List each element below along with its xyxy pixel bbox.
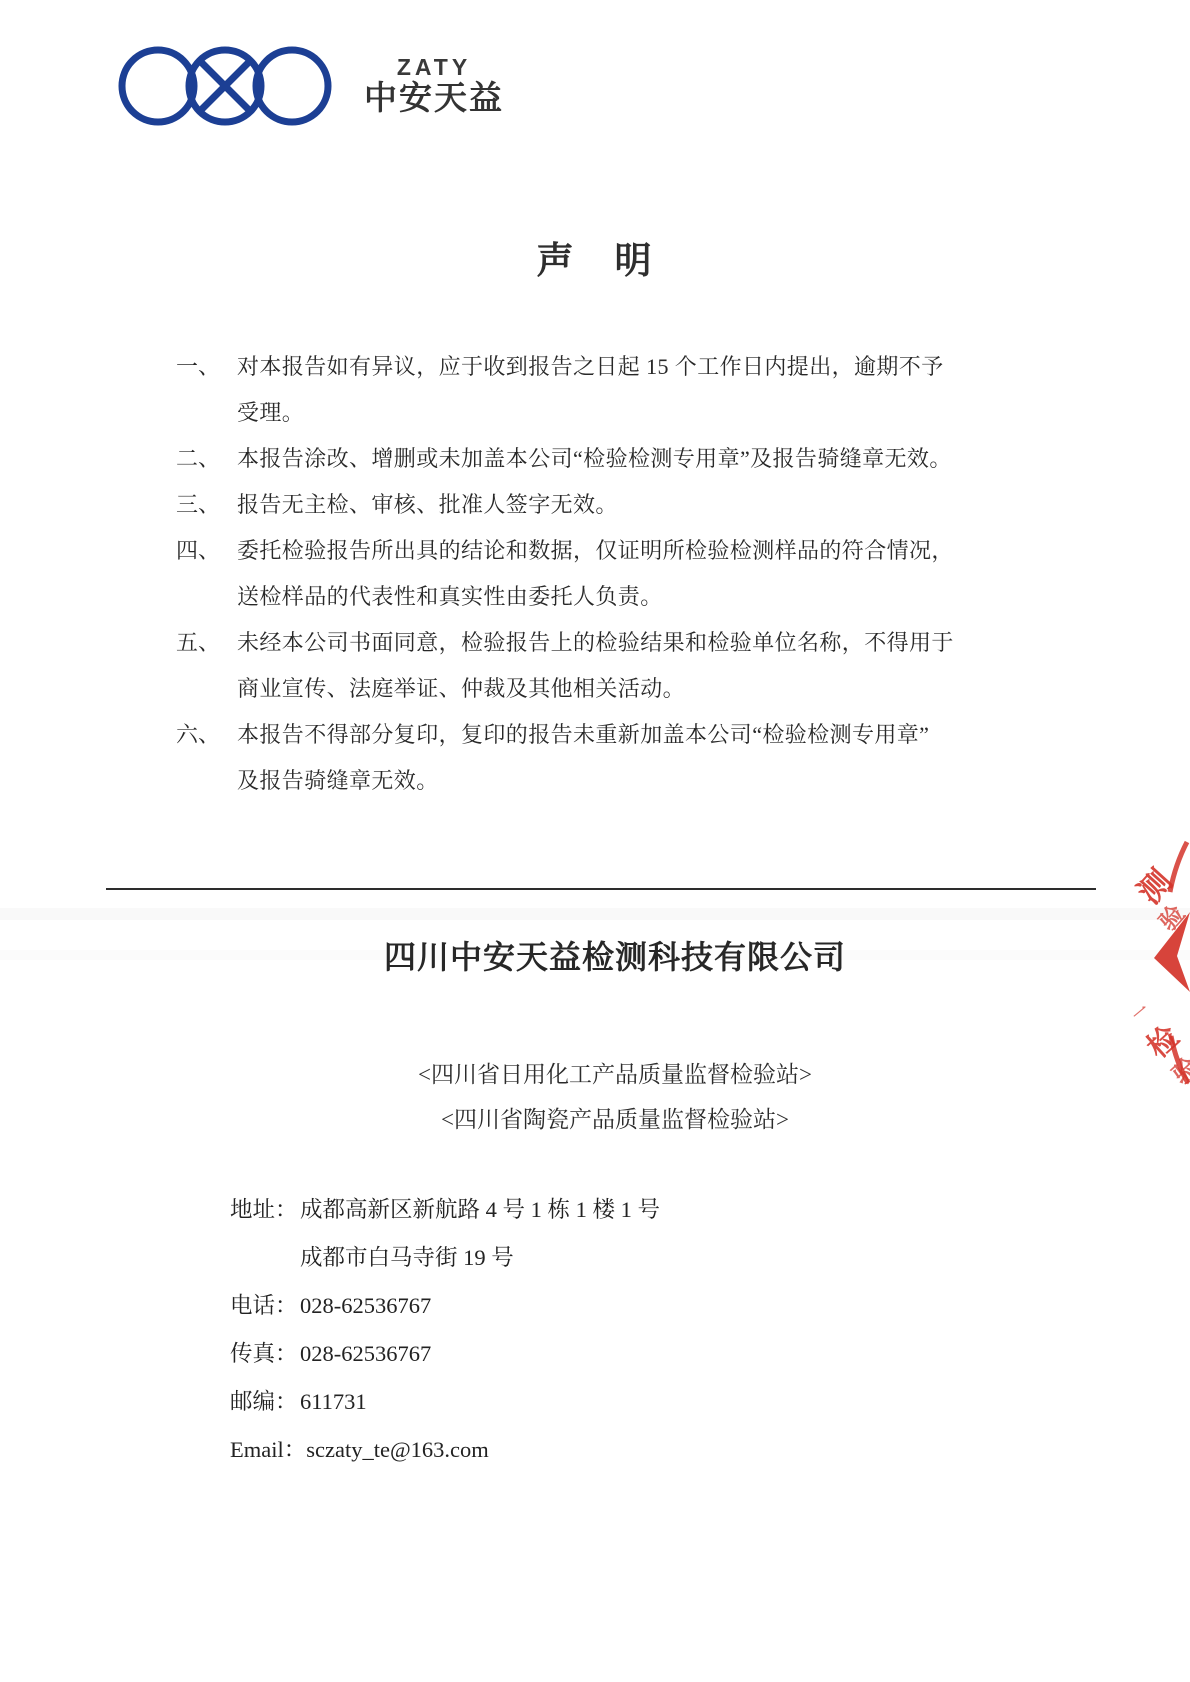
address-value-line1: 成都高新区新航路 4 号 1 栋 1 楼 1 号 bbox=[300, 1186, 660, 1234]
postcode-value: 611731 bbox=[300, 1378, 367, 1426]
postcode-label: 邮编： bbox=[230, 1378, 300, 1426]
email-value: sczaty_te@163.com bbox=[306, 1426, 489, 1474]
statement-number: 二、 bbox=[176, 436, 237, 482]
statement-line: 未经本公司书面同意，检验报告上的检验结果和检验单位名称，不得用于 bbox=[237, 620, 1006, 666]
contact-phone-row: 电话： 028-62536767 bbox=[230, 1282, 660, 1330]
company-name: 四川中安天益检测科技有限公司 bbox=[0, 932, 1190, 978]
document-page: ZATY 中安天益 声 明 一、 对本报告如有异议，应于收到报告之日起 15 个… bbox=[0, 0, 1190, 1682]
station-name-1: <四川省日用化工产品质量监督检验站> bbox=[0, 1056, 1190, 1089]
contact-fax-row: 传真： 028-62536767 bbox=[230, 1330, 660, 1378]
statement-body: 本报告涂改、增删或未加盖本公司“检验检测专用章”及报告骑缝章无效。 bbox=[237, 436, 1006, 482]
statement-item-3: 三、 报告无主检、审核、批准人签字无效。 bbox=[176, 482, 1006, 528]
statement-line: 本报告涂改、增删或未加盖本公司“检验检测专用章”及报告骑缝章无效。 bbox=[237, 436, 1006, 482]
statement-number: 五、 bbox=[176, 620, 237, 712]
logo-brand-name: 中安天益 bbox=[364, 79, 504, 117]
logo-acronym: ZATY bbox=[364, 56, 504, 79]
statement-number: 四、 bbox=[176, 528, 237, 620]
contact-info: 地址： 成都高新区新航路 4 号 1 栋 1 楼 1 号 成都市白马寺街 19 … bbox=[230, 1186, 660, 1474]
statement-line: 送检样品的代表性和真实性由委托人负责。 bbox=[237, 574, 1006, 620]
email-label: Email： bbox=[230, 1426, 306, 1474]
divider-line bbox=[106, 888, 1096, 890]
statement-number: 三、 bbox=[176, 482, 237, 528]
statement-line: 商业宣传、法庭举证、仲裁及其他相关活动。 bbox=[237, 666, 1006, 712]
statement-list: 一、 对本报告如有异议，应于收到报告之日起 15 个工作日内提出，逾期不予 受理… bbox=[176, 344, 1006, 804]
address-value-line2: 成都市白马寺街 19 号 bbox=[300, 1234, 514, 1282]
statement-item-1: 一、 对本报告如有异议，应于收到报告之日起 15 个工作日内提出，逾期不予 受理… bbox=[176, 344, 1006, 436]
scan-artifact-band bbox=[0, 908, 1190, 920]
statement-item-4: 四、 委托检验报告所出具的结论和数据，仅证明所检验检测样品的符合情况， 送检样品… bbox=[176, 528, 1006, 620]
station-name-2: <四川省陶瓷产品质量监督检验站> bbox=[0, 1101, 1190, 1134]
statement-body: 委托检验报告所出具的结论和数据，仅证明所检验检测样品的符合情况， 送检样品的代表… bbox=[237, 528, 1006, 620]
statement-item-6: 六、 本报告不得部分复印，复印的报告未重新加盖本公司“检验检测专用章” 及报告骑… bbox=[176, 712, 1006, 804]
page-title: 声 明 bbox=[0, 230, 1190, 284]
contact-address-row: 地址： 成都高新区新航路 4 号 1 栋 1 楼 1 号 bbox=[230, 1186, 660, 1234]
statement-line: 报告无主检、审核、批准人签字无效。 bbox=[237, 482, 1006, 528]
statement-line: 受理。 bbox=[237, 390, 1006, 436]
phone-label: 电话： bbox=[230, 1282, 300, 1330]
statement-line: 对本报告如有异议，应于收到报告之日起 15 个工作日内提出，逾期不予 bbox=[237, 344, 1006, 390]
logo-rings-icon bbox=[118, 46, 334, 126]
contact-postcode-row: 邮编： 611731 bbox=[230, 1378, 660, 1426]
statement-body: 未经本公司书面同意，检验报告上的检验结果和检验单位名称，不得用于 商业宣传、法庭… bbox=[237, 620, 1006, 712]
statement-body: 对本报告如有异议，应于收到报告之日起 15 个工作日内提出，逾期不予 受理。 bbox=[237, 344, 1006, 436]
red-seal-stamp-icon: 测 验 一 检 验 bbox=[1130, 840, 1190, 1085]
address-label-spacer bbox=[230, 1234, 300, 1282]
statement-body: 本报告不得部分复印，复印的报告未重新加盖本公司“检验检测专用章” 及报告骑缝章无… bbox=[237, 712, 1006, 804]
address-label: 地址： bbox=[230, 1186, 300, 1234]
phone-value: 028-62536767 bbox=[300, 1282, 431, 1330]
statement-item-5: 五、 未经本公司书面同意，检验报告上的检验结果和检验单位名称，不得用于 商业宣传… bbox=[176, 620, 1006, 712]
statement-item-2: 二、 本报告涂改、增删或未加盖本公司“检验检测专用章”及报告骑缝章无效。 bbox=[176, 436, 1006, 482]
contact-email-row: Email： sczaty_te@163.com bbox=[230, 1426, 660, 1474]
contact-address-row-2: 成都市白马寺街 19 号 bbox=[230, 1234, 660, 1282]
company-logo: ZATY 中安天益 bbox=[118, 46, 504, 126]
statement-number: 六、 bbox=[176, 712, 237, 804]
logo-text: ZATY 中安天益 bbox=[364, 56, 504, 117]
fax-value: 028-62536767 bbox=[300, 1330, 431, 1378]
fax-label: 传真： bbox=[230, 1330, 300, 1378]
statement-line: 本报告不得部分复印，复印的报告未重新加盖本公司“检验检测专用章” bbox=[237, 712, 1006, 758]
statement-number: 一、 bbox=[176, 344, 237, 436]
statement-line: 及报告骑缝章无效。 bbox=[237, 758, 1006, 804]
svg-text:一: 一 bbox=[1130, 1001, 1153, 1024]
statement-line: 委托检验报告所出具的结论和数据，仅证明所检验检测样品的符合情况， bbox=[237, 528, 1006, 574]
statement-body: 报告无主检、审核、批准人签字无效。 bbox=[237, 482, 1006, 528]
